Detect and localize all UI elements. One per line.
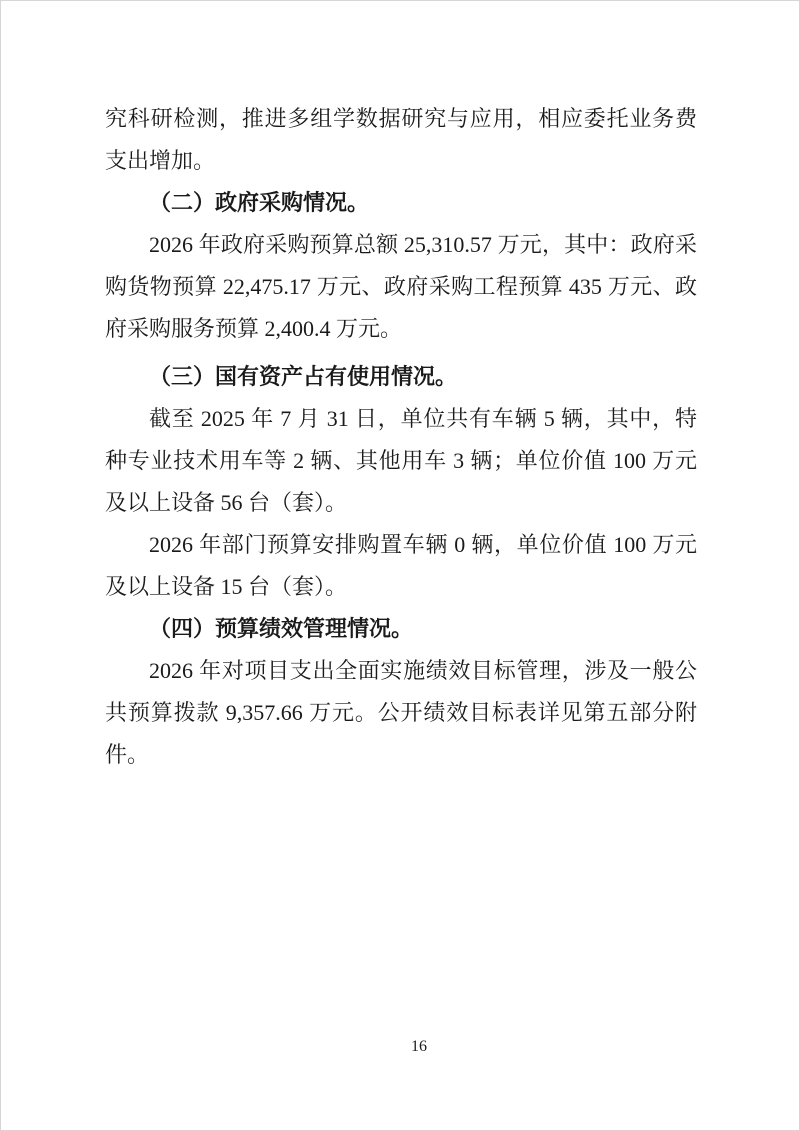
paragraph-procurement-budget: 2026 年政府采购预算总额 25,310.57 万元，其中：政府采购货物预算 … (105, 224, 697, 350)
page-number: 16 (20, 1037, 800, 1057)
heading-section-4-budget-performance: （四）预算绩效管理情况。 (105, 608, 697, 650)
paragraph-overflow-commissioned-expenses: 究科研检测，推进多组学数据研究与应用，相应委托业务费支出增加。 (105, 98, 697, 182)
paragraph-performance-management: 2026 年对项目支出全面实施绩效目标管理，涉及一般公共预算拨款 9,357.6… (105, 650, 697, 776)
heading-section-2-government-procurement: （二）政府采购情况。 (105, 182, 697, 224)
paragraph-planned-vehicle-equipment-purchase: 2026 年部门预算安排购置车辆 0 辆，单位价值 100 万元及以上设备 15… (105, 524, 697, 608)
document-body: 究科研检测，推进多组学数据研究与应用，相应委托业务费支出增加。 （二）政府采购情… (105, 98, 697, 776)
document-page: 究科研检测，推进多组学数据研究与应用，相应委托业务费支出增加。 （二）政府采购情… (0, 0, 800, 1131)
paragraph-assets-vehicles-equipment: 截至 2025 年 7 月 31 日，单位共有车辆 5 辆，其中，特种专业技术用… (105, 398, 697, 524)
heading-section-3-state-assets: （三）国有资产占有使用情况。 (105, 356, 697, 398)
